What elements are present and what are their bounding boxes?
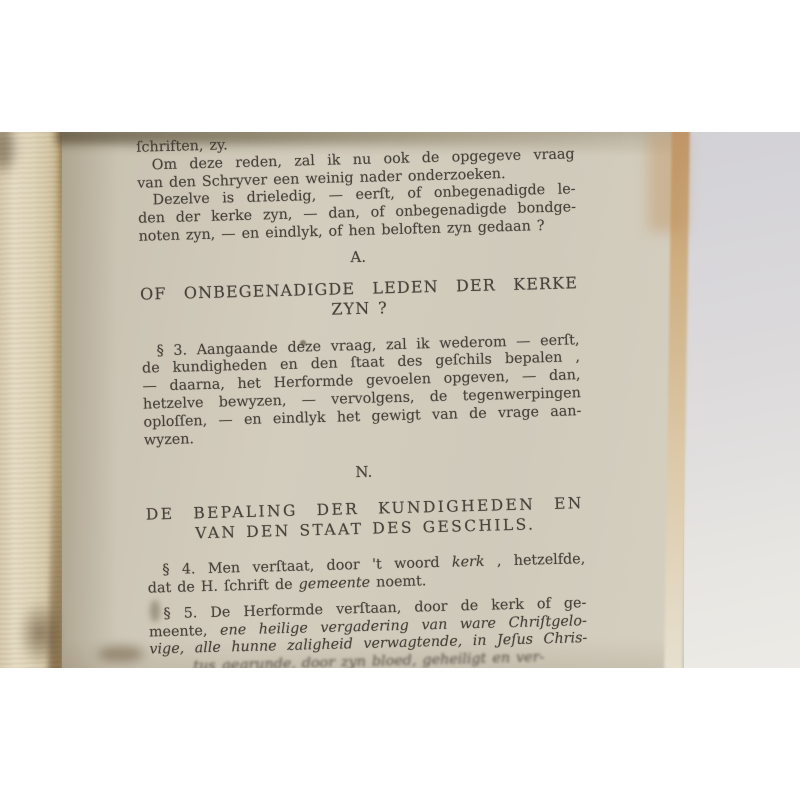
italic-text-segment: gemeente <box>298 575 370 593</box>
letterbox-top <box>0 0 800 132</box>
table-background <box>684 132 800 668</box>
text-segment: meente, <box>149 622 220 640</box>
photo-canvas: ſchriften, zy.Om deze reden, zal ik nu o… <box>0 0 800 800</box>
text-segment: N. <box>355 463 372 481</box>
text-segment: noemt. <box>370 573 427 590</box>
text-segment: wyzen. <box>144 431 194 448</box>
paper-stain <box>98 646 144 662</box>
fore-edge-highlight <box>648 132 686 232</box>
letterbox-bottom <box>0 668 800 800</box>
text-segment: A. <box>350 248 366 266</box>
text-segment: ſchriften, zy. <box>136 137 228 155</box>
text-segment: dat de H. ſchrift de <box>148 577 299 597</box>
paper-stain <box>18 600 62 666</box>
text-line: A. <box>139 243 577 272</box>
text-segment: , hetzelfde, <box>484 551 585 570</box>
book-photo: ſchriften, zy.Om deze reden, zal ik nu o… <box>0 132 800 668</box>
italic-text-segment: kerk <box>452 554 485 571</box>
text-line: N. <box>145 459 583 488</box>
text-segment: ZYN ? <box>331 298 388 318</box>
page-text: ſchriften, zy.Om deze reden, zal ik nu o… <box>136 132 588 668</box>
